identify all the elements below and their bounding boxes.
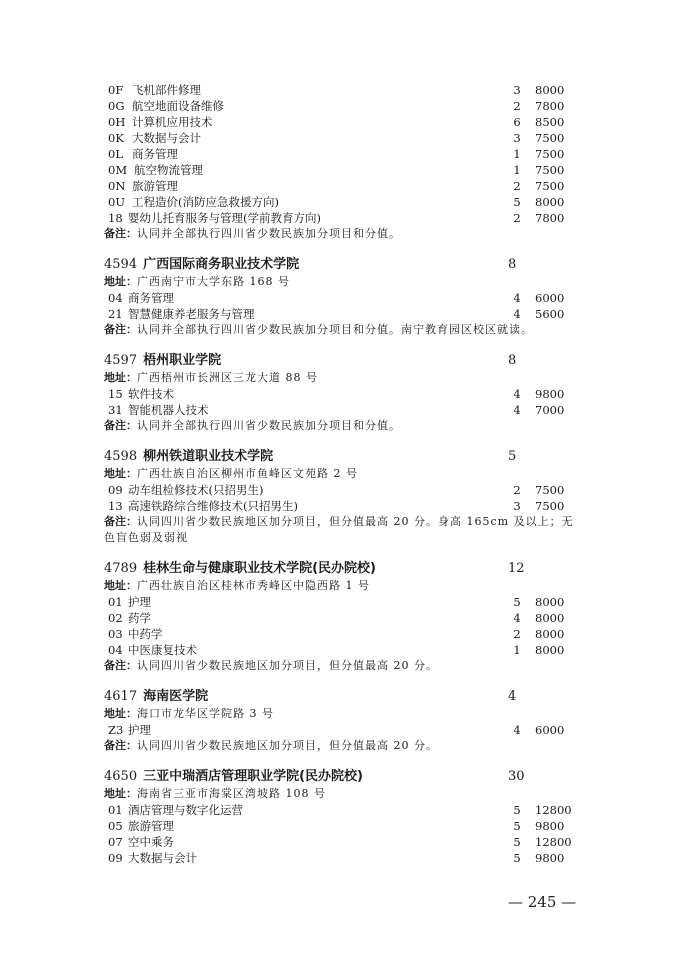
document-page: 0F飞机部件修理38000 0G航空地面设备维修27800 0H计算机应用技术6…	[104, 82, 574, 866]
school-block: 4650三亚中瑞酒店管理职业学院(民办院校)30 地址：海南省三亚市海棠区湾坡路…	[104, 768, 574, 866]
address: 地址：广西梧州市长洲区三龙大道 88 号	[104, 370, 574, 386]
note: 备注：认同并全部执行四川省少数民族加分项目和分值。	[104, 418, 574, 434]
major-row: 0N旅游管理27500	[104, 178, 574, 194]
major-row: 0F飞机部件修理38000	[104, 82, 574, 98]
note: 备注：认同四川省少数民族地区加分项目，但分值最高 20 分。	[104, 658, 574, 674]
address: 地址：广西壮族自治区桂林市秀峰区中隐西路 1 号	[104, 578, 574, 594]
address: 地址：广西壮族自治区柳州市鱼峰区文苑路 2 号	[104, 466, 574, 482]
school-block: 4597梧州职业学院8 地址：广西梧州市长洲区三龙大道 88 号 15软件技术4…	[104, 352, 574, 434]
page-number: — 245 —	[508, 893, 576, 911]
school-header: 4617海南医学院4	[104, 688, 574, 706]
major-row: 02药学48000	[104, 610, 574, 626]
major-row: 09大数据与会计59800	[104, 850, 574, 866]
major-row: 13高速铁路综合维修技术(只招男生)37500	[104, 498, 574, 514]
school-block: 4598柳州铁道职业技术学院5 地址：广西壮族自治区柳州市鱼峰区文苑路 2 号 …	[104, 448, 574, 546]
major-row: 15软件技术49800	[104, 386, 574, 402]
major-row: 07空中乘务512800	[104, 834, 574, 850]
note: 备注：认同并全部执行四川省少数民族加分项目和分值。南宁教育园区校区就读。	[104, 322, 574, 338]
major-row: Z3护理46000	[104, 722, 574, 738]
school-block: 4789桂林生命与健康职业技术学院(民办院校)12 地址：广西壮族自治区桂林市秀…	[104, 560, 574, 674]
major-row: 0G航空地面设备维修27800	[104, 98, 574, 114]
address: 地址：海口市龙华区学院路 3 号	[104, 706, 574, 722]
school-header: 4598柳州铁道职业技术学院5	[104, 448, 574, 466]
major-row: 05旅游管理59800	[104, 818, 574, 834]
major-row: 21智慧健康养老服务与管理45600	[104, 306, 574, 322]
school-header: 4650三亚中瑞酒店管理职业学院(民办院校)30	[104, 768, 574, 786]
note: 备注：认同并全部执行四川省少数民族加分项目和分值。	[104, 226, 574, 242]
address: 地址：海南省三亚市海棠区湾坡路 108 号	[104, 786, 574, 802]
major-row: 01护理58000	[104, 594, 574, 610]
major-row: 0H计算机应用技术68500	[104, 114, 574, 130]
major-row: 18婴幼儿托育服务与管理(学前教育方向)27800	[104, 210, 574, 226]
major-row: 04中医康复技术18000	[104, 642, 574, 658]
note: 备注：认同四川省少数民族地区加分项目，但分值最高 20 分。身高 165cm 及…	[104, 514, 574, 546]
major-row: 0L商务管理17500	[104, 146, 574, 162]
continued-section: 0F飞机部件修理38000 0G航空地面设备维修27800 0H计算机应用技术6…	[104, 82, 574, 242]
school-block: 4617海南医学院4 地址：海口市龙华区学院路 3 号 Z3护理46000 备注…	[104, 688, 574, 754]
major-row: 31智能机器人技术47000	[104, 402, 574, 418]
address: 地址：广西南宁市大学东路 168 号	[104, 274, 574, 290]
note: 备注：认同四川省少数民族地区加分项目，但分值最高 20 分。	[104, 738, 574, 754]
major-row: 0K大数据与会计37500	[104, 130, 574, 146]
major-row: 03中药学28000	[104, 626, 574, 642]
major-row: 01酒店管理与数字化运营512800	[104, 802, 574, 818]
major-row: 04商务管理46000	[104, 290, 574, 306]
school-header: 4597梧州职业学院8	[104, 352, 574, 370]
major-row: 0U工程造价(消防应急救援方向)58000	[104, 194, 574, 210]
major-row: 0M航空物流管理17500	[104, 162, 574, 178]
school-header: 4594广西国际商务职业技术学院8	[104, 256, 574, 274]
major-row: 09动车组检修技术(只招男生)27500	[104, 482, 574, 498]
school-header: 4789桂林生命与健康职业技术学院(民办院校)12	[104, 560, 574, 578]
school-block: 4594广西国际商务职业技术学院8 地址：广西南宁市大学东路 168 号 04商…	[104, 256, 574, 338]
